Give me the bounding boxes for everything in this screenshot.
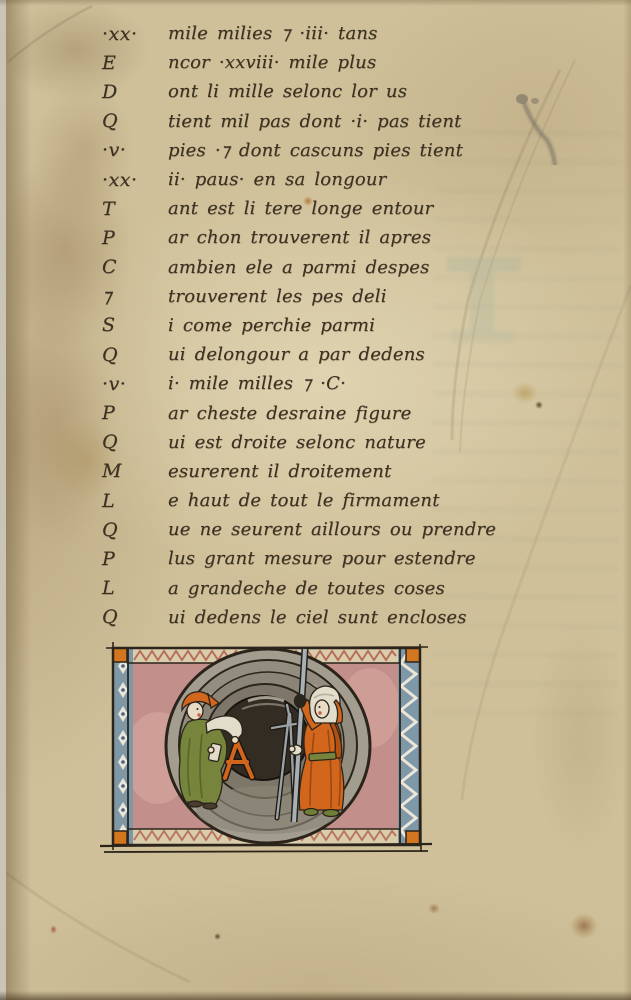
verse-text: ii· paus· en sa longour — [156, 169, 387, 190]
verse-text: ant est li tere longe entour — [156, 198, 433, 219]
verse-text: ui est droite selonc nature — [156, 432, 426, 453]
verse-line: Qtient mil pas dont ·i· pas tient — [96, 107, 516, 136]
verse-text: ar chon trouverent il apres — [156, 227, 431, 248]
verse-line: ·xx·mile milies ⁊ ·iii· tans — [96, 19, 516, 48]
verse-text: e haut de tout le firmament — [156, 490, 440, 511]
page-edge-bottom — [0, 991, 631, 1000]
verse-initial: ⁊ — [96, 285, 156, 307]
verse-text: ui delongour a par dedens — [156, 344, 425, 365]
verse-initial: E — [96, 52, 156, 74]
verse-line: Cambien ele a parmi despes — [96, 253, 516, 282]
left-border-bar — [113, 648, 133, 845]
verse-text: mile milies ⁊ ·iii· tans — [156, 23, 378, 44]
verse-initial: L — [96, 577, 156, 599]
verse-text: i come perchie parmi — [156, 315, 375, 336]
stain — [214, 933, 221, 940]
verse-line: ·v·pies ·⁊ dont cascuns pies tient — [96, 136, 516, 165]
verse-initial: P — [96, 548, 156, 570]
verse-line: Qui dedens le ciel sunt encloses — [96, 603, 516, 632]
verse-initial: P — [96, 227, 156, 249]
verse-line: Qui est droite selonc nature — [96, 428, 516, 457]
verse-initial: M — [96, 460, 156, 482]
verse-line: ⁊trouverent les pes deli — [96, 282, 516, 311]
stain — [428, 903, 440, 914]
verse-line: Tant est li tere longe entour — [96, 194, 516, 223]
verse-initial: Q — [96, 519, 156, 541]
verse-text: pies ·⁊ dont cascuns pies tient — [156, 140, 463, 161]
verse-initial: C — [96, 256, 156, 278]
verse-initial: ·v· — [96, 373, 156, 395]
verse-text: trouverent les pes deli — [156, 286, 387, 307]
verse-line: Que ne seurent aillours ou prendre — [96, 515, 516, 544]
verse-line: Plus grant mesure pour estendre — [96, 544, 516, 573]
verse-text: a grandeche de toutes coses — [156, 578, 445, 599]
page-edge-left — [0, 0, 6, 1000]
verse-line: Le haut de tout le firmament — [96, 486, 516, 515]
verse-text: ont li mille selonc lor us — [156, 81, 407, 102]
verse-initial: Q — [96, 606, 156, 628]
verse-text: ncor ·xxviii· mile plus — [156, 52, 376, 73]
page-edge-right — [623, 0, 631, 1000]
verse-text: ambien ele a parmi despes — [156, 257, 430, 278]
verse-initial: P — [96, 402, 156, 424]
verse-line: ·xx·ii· paus· en sa longour — [96, 165, 516, 194]
verse-line: Mesurerent il droitement — [96, 457, 516, 486]
verse-line: Si come perchie parmi — [96, 311, 516, 340]
right-border-bar — [398, 648, 420, 845]
verse-initial: ·xx· — [96, 169, 156, 191]
verse-initial: S — [96, 314, 156, 336]
verse-line: ·v·i· mile milles ⁊ ·C· — [96, 369, 516, 398]
verse-text: ar cheste desraine figure — [156, 403, 412, 424]
miniature-illustration — [98, 638, 434, 854]
gutter-shadow — [5, 0, 31, 1000]
verse-line: Dont li mille selonc lor us — [96, 77, 516, 106]
verse-initial: Q — [96, 431, 156, 453]
verse-initial: L — [96, 490, 156, 512]
verse-text: ui dedens le ciel sunt encloses — [156, 607, 467, 628]
stain — [50, 925, 57, 934]
verse-initial: ·xx· — [96, 23, 156, 45]
verse-initial: T — [96, 198, 156, 220]
verse-text-block: ·xx·mile milies ⁊ ·iii· tans Encor ·xxvi… — [96, 19, 516, 632]
verse-initial: Q — [96, 110, 156, 132]
verse-line: Par cheste desraine figure — [96, 398, 516, 427]
verse-text: esurerent il droitement — [156, 461, 392, 482]
verse-text: ue ne seurent aillours ou prendre — [156, 519, 496, 540]
verse-line: Encor ·xxviii· mile plus — [96, 48, 516, 77]
verse-text: i· mile milles ⁊ ·C· — [156, 373, 346, 394]
verse-text: lus grant mesure pour estendre — [156, 548, 476, 569]
manuscript-page: ·xx·mile milies ⁊ ·iii· tans Encor ·xxvi… — [0, 0, 631, 1000]
verse-initial: ·v· — [96, 139, 156, 161]
verse-text: tient mil pas dont ·i· pas tient — [156, 111, 462, 132]
verse-line: Par chon trouverent il apres — [96, 223, 516, 252]
verse-initial: Q — [96, 344, 156, 366]
verse-line: Qui delongour a par dedens — [96, 340, 516, 369]
page-edge-top — [0, 0, 631, 6]
verse-initial: D — [96, 81, 156, 103]
verse-line: La grandeche de toutes coses — [96, 574, 516, 603]
stain — [570, 913, 598, 939]
